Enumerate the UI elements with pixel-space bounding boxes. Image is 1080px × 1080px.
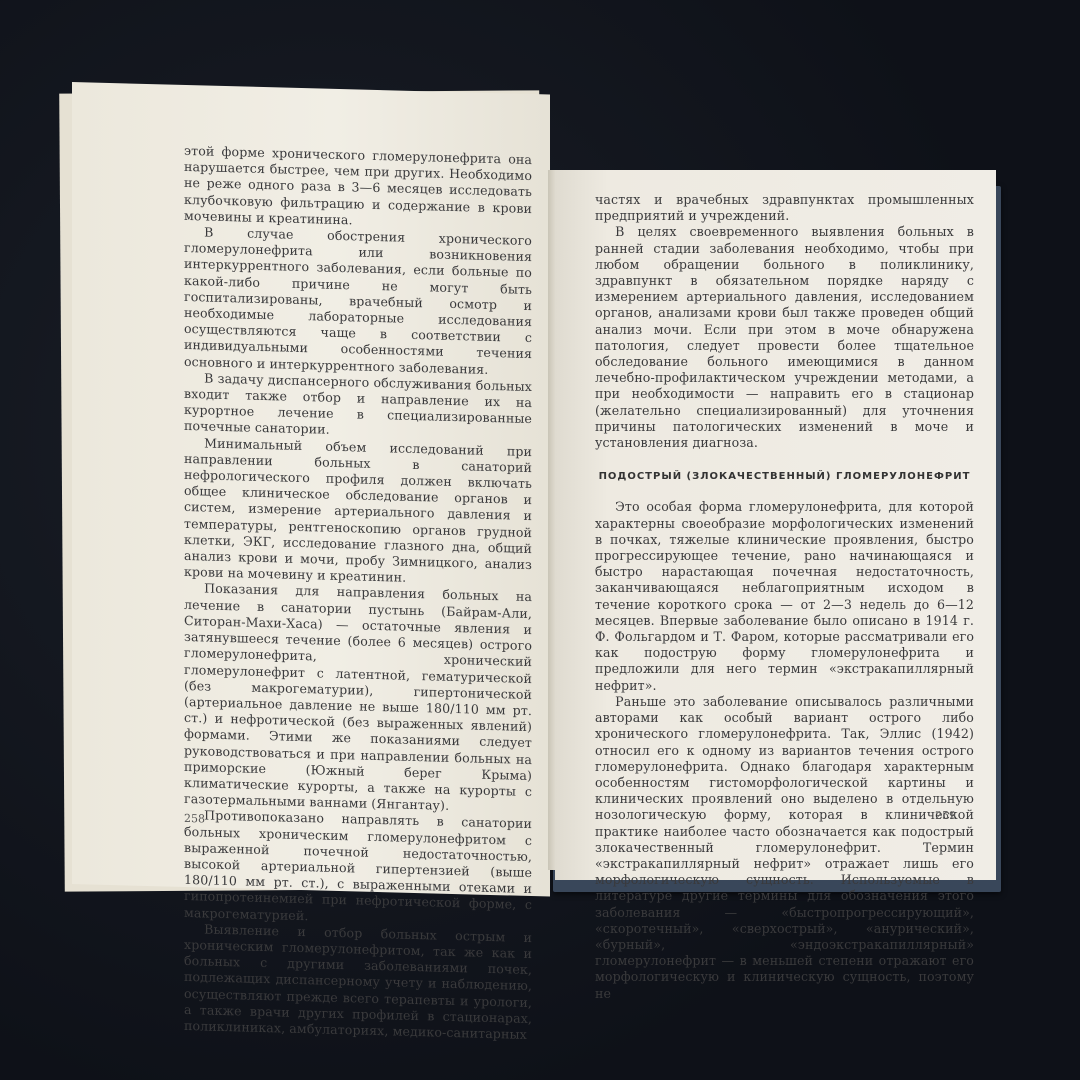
paragraph: Раньше это заболевание описывалось разли… <box>595 694 974 1002</box>
paragraph: В случае обострения хронического гломеру… <box>184 224 532 379</box>
right-page-text: частях и врачебных здравпунктах промышле… <box>595 192 974 1002</box>
paragraph: Показания для направления больных на леч… <box>184 580 532 816</box>
paragraph: В задачу диспансерного обслуживания боль… <box>184 370 532 444</box>
paragraph: Противопоказано направлять в санатории б… <box>184 807 532 930</box>
paragraph: Минимальный объем исследований при напра… <box>184 435 532 590</box>
paragraph: Выявление и отбор больных острым и хрони… <box>184 921 532 1044</box>
left-page: этой форме хронического гломерулонефрита… <box>72 82 550 897</box>
right-page: частях и врачебных здравпунктах промышле… <box>555 170 996 880</box>
page-number-left: 258 <box>184 812 205 826</box>
paragraph: Это особая форма гломерулонефрита, для к… <box>595 499 974 693</box>
paragraph: этой форме хронического гломерулонефрита… <box>184 143 532 233</box>
left-page-text: этой форме хронического гломерулонефрита… <box>184 143 532 1043</box>
page-number-right: 259 <box>935 809 956 822</box>
paragraph: В целях своевременного выявления больных… <box>595 224 974 451</box>
section-heading: ПОДОСТРЫЙ (ЗЛОКАЧЕСТВЕННЫЙ) ГЛОМЕРУЛОНЕФ… <box>595 469 974 485</box>
paragraph: частях и врачебных здравпунктах промышле… <box>595 192 974 224</box>
